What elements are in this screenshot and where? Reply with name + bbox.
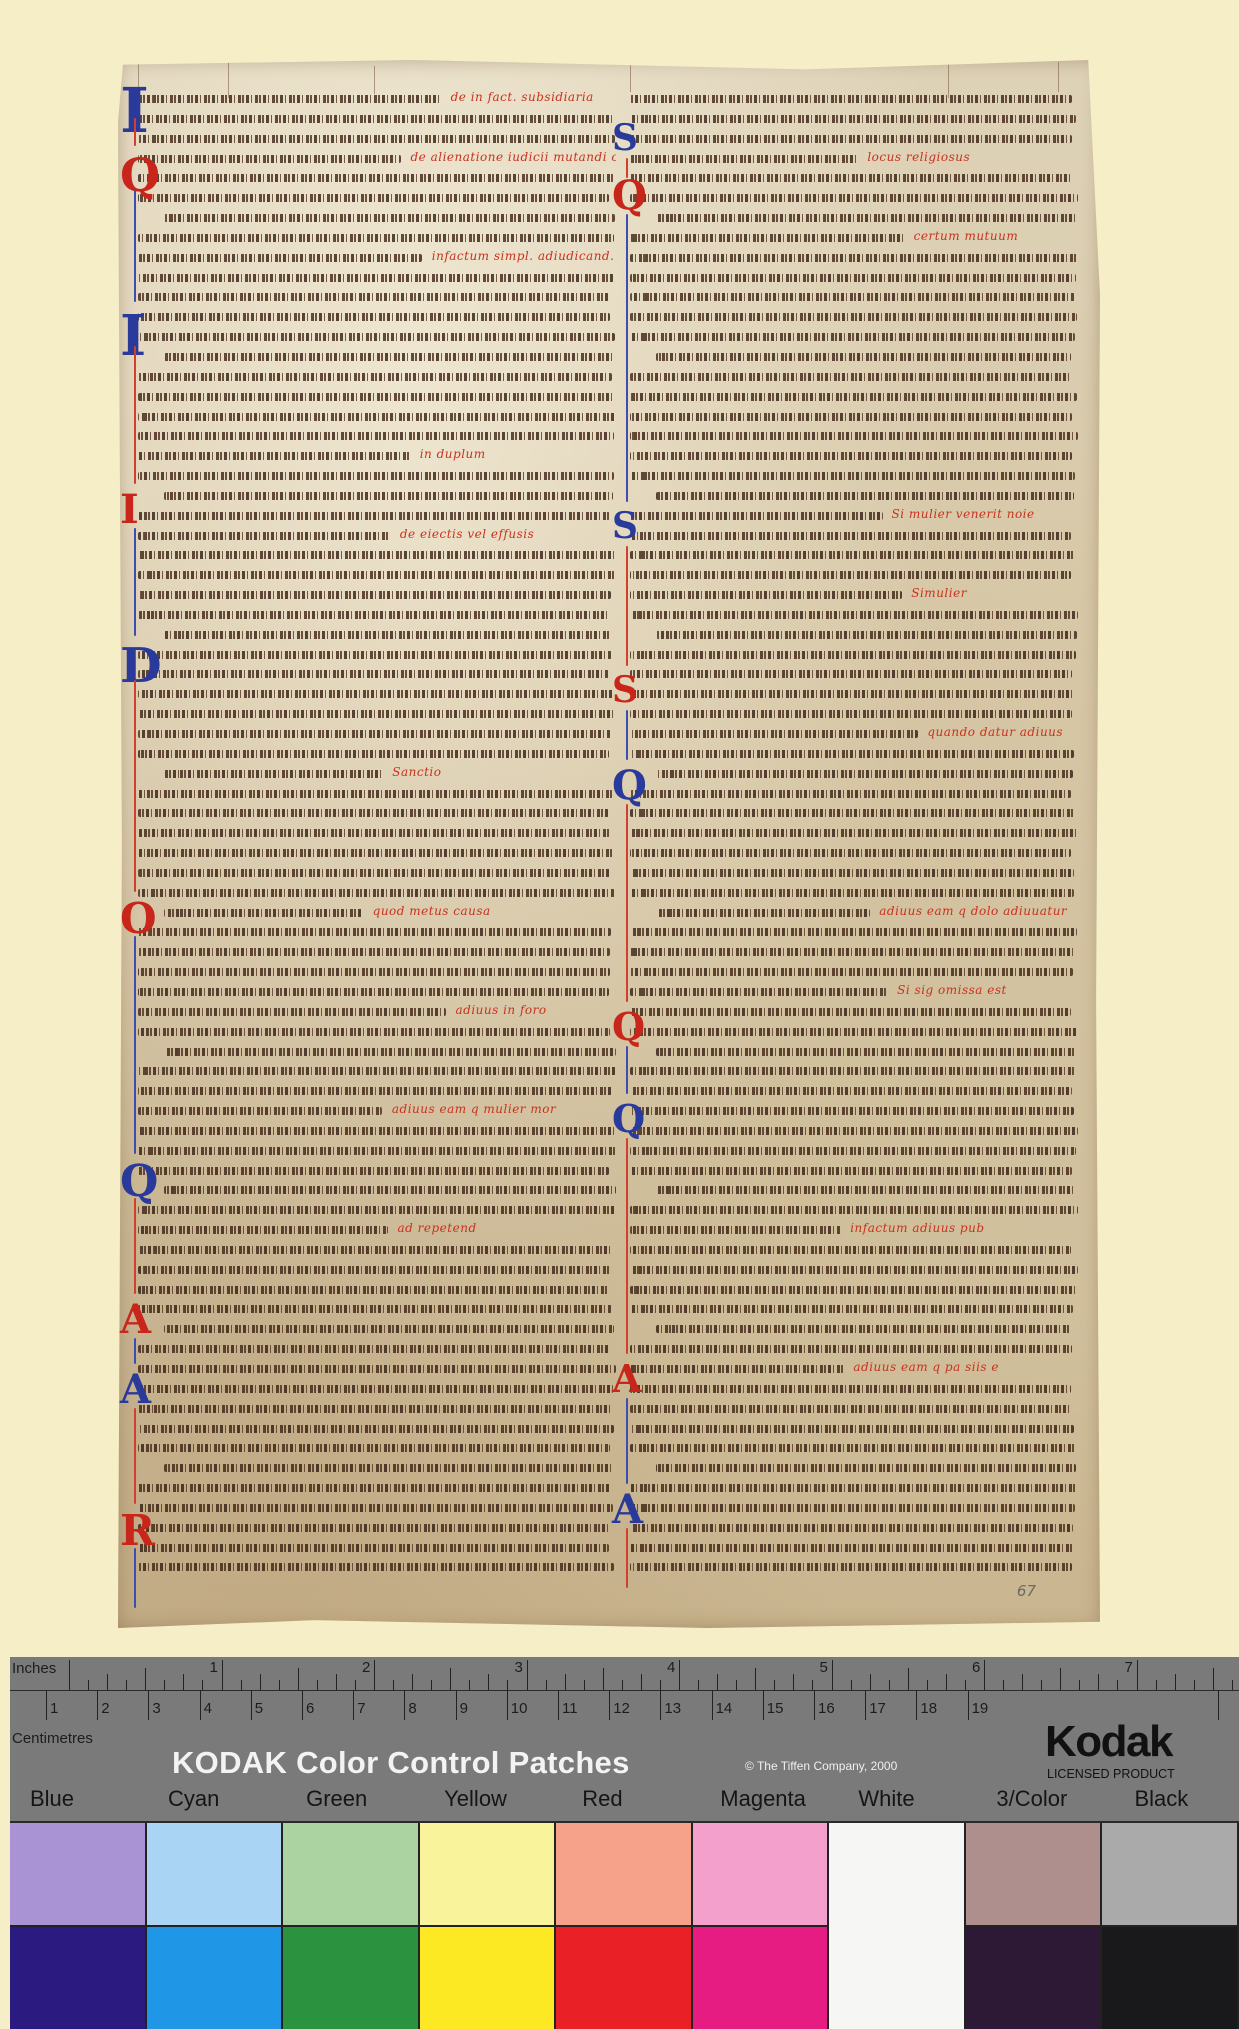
ruler-tick bbox=[1213, 1668, 1214, 1690]
script-line: Sanctio bbox=[138, 763, 616, 783]
ruler-tick bbox=[793, 1674, 794, 1690]
patch-label-blue: Blue bbox=[30, 1786, 74, 1812]
pen-flourish bbox=[134, 1408, 136, 1504]
script-line bbox=[138, 1378, 616, 1398]
decorated-initial: A bbox=[612, 1490, 643, 1530]
inch-mark: 4 bbox=[667, 1659, 675, 1676]
pen-flourish bbox=[134, 190, 136, 302]
cm-mark: 13 bbox=[664, 1700, 681, 1717]
decorated-initial: A bbox=[612, 1360, 641, 1398]
handwritten-text bbox=[138, 1444, 610, 1452]
handwritten-text bbox=[630, 1226, 841, 1234]
script-line bbox=[138, 882, 616, 902]
script-line bbox=[630, 1060, 1078, 1080]
script-line bbox=[630, 822, 1078, 842]
cm-mark: 1 bbox=[50, 1700, 58, 1717]
handwritten-text bbox=[138, 1028, 610, 1036]
handwritten-text bbox=[656, 1464, 1076, 1472]
handwritten-text bbox=[630, 1127, 1078, 1135]
script-line bbox=[138, 544, 616, 564]
script-line bbox=[138, 108, 616, 128]
patch-label-white: White bbox=[858, 1786, 914, 1812]
cm-mark: 16 bbox=[818, 1700, 835, 1717]
ruler-tick bbox=[968, 1690, 969, 1720]
inch-mark: 7 bbox=[1125, 1659, 1133, 1676]
handwritten-text bbox=[630, 611, 1078, 619]
handwritten-text bbox=[138, 254, 422, 262]
script-line bbox=[138, 465, 616, 485]
script-line bbox=[138, 842, 616, 862]
handwritten-text bbox=[630, 135, 1072, 143]
pen-flourish bbox=[626, 1138, 628, 1354]
handwritten-text bbox=[138, 95, 441, 103]
script-line: de in fact. subsidiaria bbox=[138, 88, 616, 108]
handwritten-text bbox=[138, 1286, 609, 1294]
color-patch-black-dark bbox=[1102, 1927, 1239, 2029]
ruler-tick bbox=[1117, 1680, 1118, 1690]
handwritten-text bbox=[164, 909, 363, 917]
pen-flourish bbox=[626, 1046, 628, 1094]
rubric: adiuus in foro bbox=[455, 1003, 546, 1017]
color-patch-magenta-light bbox=[693, 1823, 830, 1927]
cm-mark: 15 bbox=[767, 1700, 784, 1717]
script-line bbox=[138, 1279, 616, 1299]
ruler-tick bbox=[355, 1680, 356, 1690]
script-line: certum mutuum bbox=[630, 227, 1078, 247]
script-line bbox=[138, 1477, 616, 1497]
handwritten-text bbox=[630, 968, 1073, 976]
color-patch-blue-light bbox=[10, 1823, 147, 1927]
rubric: de alienatione iudicii mutandi causa bbox=[410, 150, 616, 164]
ruler-tick bbox=[774, 1680, 775, 1690]
script-line bbox=[138, 644, 616, 664]
decorated-initial: I bbox=[120, 490, 139, 530]
rubric: Simulier bbox=[911, 586, 967, 600]
cm-mark: 6 bbox=[306, 1700, 314, 1717]
script-line bbox=[630, 663, 1078, 683]
ruler-tick bbox=[1060, 1668, 1061, 1690]
script-line bbox=[138, 1497, 616, 1517]
cm-mark: 5 bbox=[255, 1700, 263, 1717]
script-line bbox=[138, 743, 616, 763]
handwritten-text bbox=[138, 1563, 614, 1571]
handwritten-text bbox=[164, 770, 383, 778]
ruler-tick bbox=[374, 1660, 375, 1690]
handwritten-text bbox=[164, 1186, 616, 1194]
inch-mark: 1 bbox=[210, 1659, 218, 1676]
script-line bbox=[630, 386, 1078, 406]
script-line bbox=[630, 842, 1078, 862]
ruler-tick bbox=[126, 1680, 127, 1690]
script-line: Si mulier venerit noie bbox=[630, 505, 1078, 525]
rubric: infactum adiuus pub bbox=[850, 1221, 984, 1235]
decorated-initial: Q bbox=[612, 1008, 645, 1046]
handwritten-text bbox=[138, 1008, 446, 1016]
script-line: adiuus eam q pa siis e bbox=[630, 1358, 1078, 1378]
kodak-color-target: Inches 12345678 123456789101112131415161… bbox=[10, 1657, 1239, 2029]
rubric: ad repetend bbox=[398, 1221, 477, 1235]
ruler-tick bbox=[164, 1680, 165, 1690]
script-line bbox=[630, 1517, 1078, 1537]
right-text-column: locus religiosuscertum mutuumSi mulier v… bbox=[630, 88, 1078, 1576]
handwritten-text bbox=[630, 1107, 1074, 1115]
patch-label-red: Red bbox=[582, 1786, 622, 1812]
handwritten-text bbox=[138, 889, 615, 897]
ruler-tick bbox=[469, 1680, 470, 1690]
script-line bbox=[630, 1298, 1078, 1318]
script-line bbox=[630, 564, 1078, 584]
handwritten-text bbox=[138, 1206, 616, 1214]
folio-number: 67 bbox=[1017, 1582, 1036, 1600]
handwritten-text bbox=[630, 1167, 1072, 1175]
patch-label-yellow: Yellow bbox=[444, 1786, 507, 1812]
script-line bbox=[630, 961, 1078, 981]
cm-mark: 17 bbox=[869, 1700, 886, 1717]
handwritten-text bbox=[630, 849, 1071, 857]
handwritten-text bbox=[630, 333, 1075, 341]
handwritten-text bbox=[630, 254, 1078, 262]
handwritten-text bbox=[630, 452, 1072, 460]
script-line bbox=[138, 941, 616, 961]
script-line bbox=[138, 128, 616, 148]
handwritten-text bbox=[630, 1147, 1076, 1155]
ruler-tick bbox=[1175, 1674, 1176, 1690]
color-patch-3-color-dark bbox=[966, 1927, 1103, 2029]
handwritten-text bbox=[630, 948, 1075, 956]
decorated-initial: Q bbox=[120, 1160, 158, 1204]
ruler-tick bbox=[984, 1660, 985, 1690]
handwritten-text bbox=[138, 571, 616, 579]
script-line bbox=[138, 1160, 616, 1180]
ruler-tick bbox=[148, 1690, 149, 1720]
kodak-logo: Kodak bbox=[1045, 1717, 1172, 1767]
handwritten-text bbox=[138, 293, 609, 301]
script-line bbox=[630, 1239, 1078, 1259]
rubric: adiuus eam q dolo adiuuatur bbox=[879, 904, 1067, 918]
pen-flourish bbox=[626, 710, 628, 760]
ruler-tick bbox=[679, 1660, 680, 1690]
handwritten-text bbox=[630, 809, 1075, 817]
licensed-product-text: LICENSED PRODUCT bbox=[1047, 1767, 1175, 1781]
ruler-tick bbox=[1079, 1680, 1080, 1690]
copyright-text: © The Tiffen Company, 2000 bbox=[745, 1759, 897, 1773]
script-line bbox=[630, 1338, 1078, 1358]
ruler-tick bbox=[88, 1680, 89, 1690]
inches-label: Inches bbox=[12, 1660, 56, 1677]
script-line bbox=[138, 1358, 616, 1378]
script-line bbox=[630, 802, 1078, 822]
script-line bbox=[630, 445, 1078, 465]
script-line bbox=[630, 1437, 1078, 1457]
handwritten-text bbox=[630, 274, 1076, 282]
script-line bbox=[138, 1298, 616, 1318]
script-line bbox=[630, 425, 1078, 445]
script-line bbox=[630, 1160, 1078, 1180]
handwritten-text bbox=[138, 1266, 611, 1274]
handwritten-text bbox=[138, 1127, 615, 1135]
pen-flourish bbox=[134, 936, 136, 1154]
handwritten-text bbox=[656, 909, 870, 917]
handwritten-text bbox=[138, 532, 390, 540]
rubric: adiuus eam q pa siis e bbox=[853, 1360, 999, 1374]
ruler-tick bbox=[145, 1668, 146, 1690]
ruler-tick bbox=[832, 1660, 833, 1690]
handwritten-text bbox=[630, 1365, 844, 1373]
pen-flourish bbox=[134, 1548, 136, 1608]
handwritten-text bbox=[630, 373, 1072, 381]
script-line: de eiectis vel effusis bbox=[138, 525, 616, 545]
pen-flourish bbox=[626, 546, 628, 666]
handwritten-text bbox=[656, 353, 1071, 361]
color-patch-white-light bbox=[829, 1823, 966, 2029]
handwritten-text bbox=[164, 1464, 614, 1472]
handwritten-text bbox=[138, 1504, 613, 1512]
handwritten-text bbox=[138, 968, 610, 976]
handwritten-text bbox=[630, 115, 1076, 123]
script-line bbox=[630, 1378, 1078, 1398]
handwritten-text bbox=[630, 710, 1072, 718]
target-title: KODAK Color Control Patches bbox=[172, 1745, 630, 1781]
ruler-tick bbox=[1098, 1674, 1099, 1690]
handwritten-text bbox=[630, 174, 1071, 182]
ruler-tick bbox=[69, 1660, 70, 1690]
script-line bbox=[630, 88, 1078, 108]
handwritten-text bbox=[656, 492, 1074, 500]
script-line bbox=[138, 267, 616, 287]
script-line: quod metus causa bbox=[138, 902, 616, 922]
script-line bbox=[138, 1120, 616, 1140]
handwritten-text bbox=[138, 1524, 611, 1532]
script-line bbox=[138, 1398, 616, 1418]
script-line bbox=[138, 485, 616, 505]
handwritten-text bbox=[164, 492, 613, 500]
script-line bbox=[138, 981, 616, 1001]
handwritten-text bbox=[138, 115, 613, 123]
script-line bbox=[630, 763, 1078, 783]
handwritten-text bbox=[138, 928, 611, 936]
handwritten-text bbox=[164, 631, 610, 639]
ruler-tick bbox=[456, 1690, 457, 1720]
color-patch-green-dark bbox=[283, 1927, 420, 2029]
ruler-tick bbox=[660, 1690, 661, 1720]
cm-mark: 3 bbox=[152, 1700, 160, 1717]
manuscript-leaf: de in fact. subsidiariade alienatione iu… bbox=[118, 60, 1100, 1628]
cm-mark: 11 bbox=[562, 1700, 578, 1717]
script-line bbox=[630, 921, 1078, 941]
script-line bbox=[138, 624, 616, 644]
ruler-tick bbox=[870, 1674, 871, 1690]
script-line: quando datur adiuus bbox=[630, 723, 1078, 743]
handwritten-text bbox=[138, 809, 609, 817]
pen-flourish bbox=[626, 804, 628, 1002]
rubric: de eiectis vel effusis bbox=[400, 527, 534, 541]
handwritten-text bbox=[138, 1305, 612, 1313]
handwritten-text bbox=[138, 750, 609, 758]
handwritten-text bbox=[630, 670, 1072, 678]
handwritten-text bbox=[138, 155, 401, 163]
script-line bbox=[138, 306, 616, 326]
script-line bbox=[630, 644, 1078, 664]
script-line bbox=[138, 406, 616, 426]
script-line bbox=[630, 544, 1078, 564]
script-line bbox=[138, 1338, 616, 1358]
decorated-initial: Q bbox=[612, 176, 647, 216]
patch-label-cyan: Cyan bbox=[168, 1786, 219, 1812]
script-line bbox=[138, 564, 616, 584]
ruler-tick bbox=[916, 1690, 917, 1720]
decorated-initial: Q bbox=[612, 1100, 645, 1138]
cm-mark: 18 bbox=[920, 1700, 937, 1717]
ruler-tick bbox=[107, 1674, 108, 1690]
handwritten-text bbox=[138, 710, 614, 718]
handwritten-text bbox=[630, 928, 1077, 936]
script-line bbox=[630, 207, 1078, 227]
script-line bbox=[630, 1041, 1078, 1061]
script-line bbox=[138, 584, 616, 604]
handwritten-text bbox=[138, 948, 610, 956]
handwritten-text bbox=[138, 452, 410, 460]
handwritten-text bbox=[656, 1325, 1071, 1333]
script-line: in duplum bbox=[138, 445, 616, 465]
ruler-tick bbox=[865, 1690, 866, 1720]
script-line: ad repetend bbox=[138, 1219, 616, 1239]
script-line bbox=[630, 1100, 1078, 1120]
script-line bbox=[138, 802, 616, 822]
rubric: adiuus eam q mulier mor bbox=[392, 1102, 556, 1116]
color-patch-red-light bbox=[556, 1823, 693, 1927]
handwritten-text bbox=[630, 1246, 1071, 1254]
centimetres-label: Centimetres bbox=[12, 1730, 93, 1747]
decorated-initial: O bbox=[120, 898, 157, 940]
script-line bbox=[630, 624, 1078, 644]
pen-flourish bbox=[626, 1398, 628, 1484]
handwritten-text bbox=[630, 1266, 1078, 1274]
ruler-tick bbox=[412, 1674, 413, 1690]
script-line bbox=[138, 286, 616, 306]
script-line bbox=[138, 167, 616, 187]
handwritten-text bbox=[630, 293, 1075, 301]
handwritten-text bbox=[138, 373, 612, 381]
script-line bbox=[138, 663, 616, 683]
handwritten-text bbox=[138, 1365, 616, 1373]
decorated-initial: A bbox=[120, 1370, 151, 1410]
cm-mark: 4 bbox=[204, 1700, 212, 1717]
pen-flourish bbox=[134, 528, 136, 636]
handwritten-text bbox=[138, 730, 611, 738]
handwritten-text bbox=[630, 1067, 1076, 1075]
script-line bbox=[138, 783, 616, 803]
script-line bbox=[630, 743, 1078, 763]
ruler-tick bbox=[717, 1674, 718, 1690]
script-line bbox=[630, 1001, 1078, 1021]
ruler-tick bbox=[507, 1680, 508, 1690]
script-line bbox=[630, 683, 1078, 703]
handwritten-text bbox=[138, 1107, 382, 1115]
color-patch-cyan-light bbox=[147, 1823, 284, 1927]
script-line bbox=[138, 386, 616, 406]
handwritten-text bbox=[630, 1286, 1078, 1294]
decorated-initial: R bbox=[120, 1510, 155, 1552]
script-line: locus religiosus bbox=[630, 148, 1078, 168]
script-line bbox=[138, 822, 616, 842]
patch-label-green: Green bbox=[306, 1786, 367, 1812]
script-line bbox=[630, 326, 1078, 346]
handwritten-text bbox=[138, 611, 609, 619]
handwritten-text bbox=[138, 551, 615, 559]
rubric: locus religiosus bbox=[867, 150, 970, 164]
rubric: de in fact. subsidiaria bbox=[451, 90, 594, 104]
pen-flourish bbox=[134, 1338, 136, 1364]
color-patch-yellow-dark bbox=[420, 1927, 557, 2029]
color-patch-yellow-light bbox=[420, 1823, 557, 1927]
handwritten-text bbox=[630, 1444, 1076, 1452]
script-line bbox=[138, 1199, 616, 1219]
script-line bbox=[138, 366, 616, 386]
handwritten-text bbox=[630, 889, 1074, 897]
handwritten-text bbox=[630, 591, 902, 599]
script-line bbox=[138, 1418, 616, 1438]
script-line bbox=[630, 346, 1078, 366]
ruler-tick bbox=[507, 1690, 508, 1720]
patch-label-magenta: Magenta bbox=[720, 1786, 806, 1812]
handwritten-text bbox=[656, 214, 1076, 222]
ruler-tick bbox=[851, 1680, 852, 1690]
ruler-tick bbox=[603, 1668, 604, 1690]
handwritten-text bbox=[630, 234, 905, 242]
script-line bbox=[138, 1179, 616, 1199]
handwritten-text bbox=[630, 155, 858, 163]
ruler-tick bbox=[660, 1680, 661, 1690]
handwritten-text bbox=[138, 869, 611, 877]
script-line bbox=[630, 1398, 1078, 1418]
inch-mark: 3 bbox=[515, 1659, 523, 1676]
handwritten-text bbox=[138, 790, 613, 798]
script-line bbox=[138, 862, 616, 882]
handwritten-text bbox=[630, 1008, 1071, 1016]
ruler-tick bbox=[298, 1668, 299, 1690]
handwritten-text bbox=[164, 1048, 616, 1056]
decorated-initial: D bbox=[120, 642, 162, 690]
script-line bbox=[138, 961, 616, 981]
pen-flourish bbox=[626, 1528, 628, 1588]
script-line bbox=[630, 366, 1078, 386]
script-line bbox=[630, 485, 1078, 505]
handwritten-text bbox=[138, 174, 615, 182]
script-line bbox=[138, 1537, 616, 1557]
script-line bbox=[138, 207, 616, 227]
handwritten-text bbox=[630, 790, 1071, 798]
script-line: de alienatione iudicii mutandi causa bbox=[138, 148, 616, 168]
script-line bbox=[138, 723, 616, 743]
script-line bbox=[630, 862, 1078, 882]
script-line bbox=[630, 1140, 1078, 1160]
script-line bbox=[630, 1120, 1078, 1140]
script-line bbox=[630, 108, 1078, 128]
script-line bbox=[630, 247, 1078, 267]
patch-label-3-color: 3/Color bbox=[996, 1786, 1067, 1812]
script-line bbox=[138, 1080, 616, 1100]
ruler-tick bbox=[404, 1690, 405, 1720]
handwritten-text bbox=[630, 1087, 1072, 1095]
handwritten-text bbox=[656, 770, 1073, 778]
handwritten-text bbox=[630, 690, 1074, 698]
handwritten-text bbox=[630, 1484, 1076, 1492]
ruler-tick bbox=[558, 1690, 559, 1720]
script-line bbox=[630, 1021, 1078, 1041]
script-line: infactum simpl. adiudicand. bbox=[138, 247, 616, 267]
ruler-tick bbox=[202, 1680, 203, 1690]
handwritten-text bbox=[138, 591, 611, 599]
